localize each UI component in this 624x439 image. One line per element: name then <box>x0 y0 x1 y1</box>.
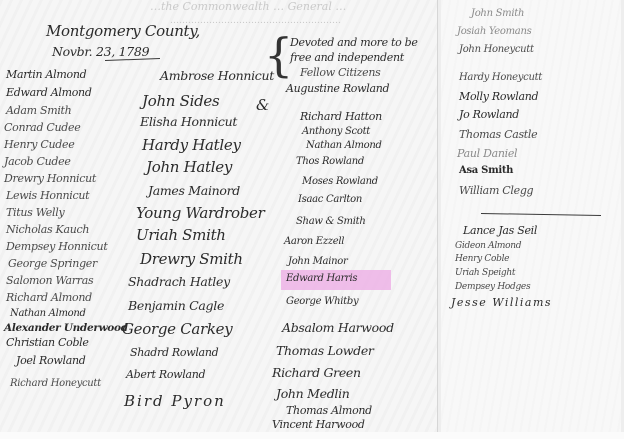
signature: John Honeycutt <box>459 44 534 55</box>
highlighted-signature[interactable]: Edward Harris <box>286 273 357 284</box>
signature: Moses Rowland <box>302 176 378 187</box>
signature: Hardy Hatley <box>142 136 241 154</box>
signature: George Whitby <box>286 296 358 307</box>
signature: Benjamin Cagle <box>128 298 224 313</box>
signature: Henry Cudee <box>4 138 74 151</box>
scan-bottom-edge <box>0 432 624 439</box>
signature: Anthony Scott <box>302 126 370 137</box>
list-header-signature: Lance Jas Seil <box>463 224 537 237</box>
signature: Shadrach Hatley <box>128 274 230 289</box>
signature: Shaw & Smith <box>296 216 365 227</box>
declaration-line-2: free and independent <box>290 51 404 64</box>
signature: Henry Coble <box>455 254 509 264</box>
signature: Richard Almond <box>6 291 92 304</box>
faint-header-text: …the Commonwealth … General … <box>150 0 346 13</box>
signature: Abert Rowland <box>126 368 205 381</box>
signature: John Medlin <box>276 386 350 401</box>
signature: Isaac Carlton <box>298 194 362 205</box>
county-heading: Montgomery County, <box>46 22 200 40</box>
signature: Nathan Almond <box>10 308 86 319</box>
right-page: John Smith Josiah Yeomans John Honeycutt… <box>441 0 621 436</box>
signature: Aaron Ezzell <box>284 236 344 247</box>
signature: Thomas Almond <box>286 404 372 417</box>
signature: Shadrd Rowland <box>130 346 218 359</box>
signature: Dempsey Honnicut <box>6 240 107 253</box>
signature: Bird Pyron <box>124 392 226 410</box>
ampersand-mark: & <box>256 96 269 114</box>
signature: John Mainor <box>288 256 347 267</box>
signature: John Hatley <box>146 158 232 176</box>
signature: Nicholas Kauch <box>6 223 89 236</box>
signature: Gideon Almond <box>455 241 521 251</box>
signature: Elisha Honnicut <box>140 114 237 129</box>
signature: Lewis Honnicut <box>6 189 89 202</box>
signature: Richard Green <box>272 365 361 380</box>
signature: Hardy Honeycutt <box>459 72 542 83</box>
signature: Drewry Smith <box>140 250 243 268</box>
date-heading: Novbr. 23, 1789 <box>52 44 149 59</box>
signature: James Mainord <box>148 183 240 198</box>
signature: Drewry Honnicut <box>4 172 96 185</box>
signature: Martin Almond <box>6 68 86 81</box>
signature: Edward Almond <box>6 86 92 99</box>
signature: Nathan Almond <box>306 140 382 151</box>
signature: Salomon Warras <box>6 274 93 287</box>
divider-line <box>481 213 601 216</box>
signature: Vincent Harwood <box>272 418 365 431</box>
signature: Jo Rowland <box>459 108 519 121</box>
signature: Thomas Castle <box>459 128 537 141</box>
signature: Richard Hatton <box>300 110 382 123</box>
signature: Paul Daniel <box>457 147 517 160</box>
left-page: …the Commonwealth … General … …………………………… <box>0 0 438 432</box>
signature: Thos Rowland <box>296 156 364 167</box>
signature: Dempsey Hodges <box>455 282 530 292</box>
signature: Molly Rowland <box>459 90 538 103</box>
signature: Jacob Cudee <box>4 155 71 168</box>
signature: George Springer <box>8 257 97 270</box>
signature: Josiah Yeomans <box>457 26 531 37</box>
document-scan: …the Commonwealth … General … …………………………… <box>0 0 624 439</box>
signature: Asa Smith <box>459 165 513 176</box>
signature: John Smith <box>471 8 524 19</box>
signature: George Carkey <box>122 320 232 338</box>
signature: Augustine Rowland <box>286 82 389 95</box>
signature: Thomas Lowder <box>276 343 374 358</box>
signature: Christian Coble <box>6 336 89 349</box>
signature: William Clegg <box>459 184 533 197</box>
signature: Titus Welly <box>6 206 64 219</box>
signature: Conrad Cudee <box>4 121 80 134</box>
signature: Ambrose Honnicut <box>160 68 274 83</box>
signature: Richard Honeycutt <box>10 378 101 389</box>
declaration-line-1: Devoted and more to be <box>290 36 418 49</box>
signature: John Sides <box>142 92 219 110</box>
signature: Alexander Underwood <box>4 322 128 334</box>
signature: Jesse Williams <box>451 296 552 309</box>
declaration-line-3: Fellow Citizens <box>300 66 381 79</box>
signature: Joel Rowland <box>16 354 85 367</box>
signature: Absalom Harwood <box>282 320 394 335</box>
signature: Uriah Smith <box>136 226 226 244</box>
signature: Uriah Speight <box>455 268 515 278</box>
signature: Adam Smith <box>6 104 71 117</box>
signature: Young Wardrober <box>136 204 265 222</box>
